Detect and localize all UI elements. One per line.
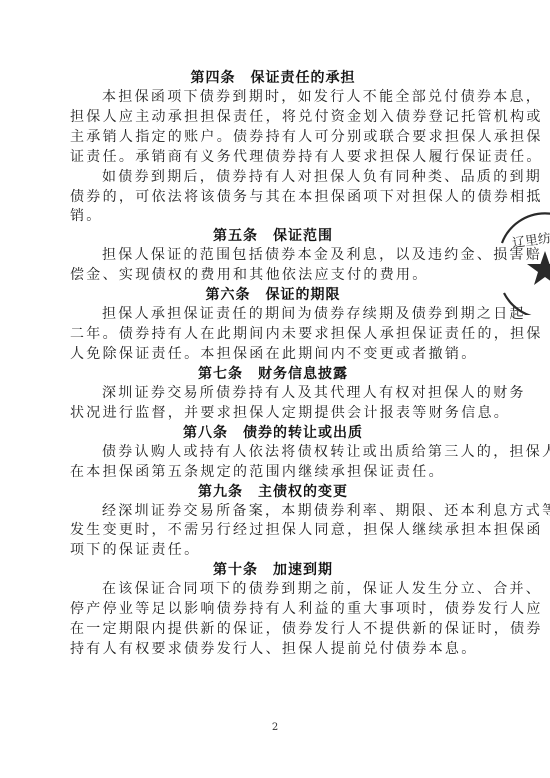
text-line: 深圳证券交易所债券持有人及其代理人有权对担保人的财务 [70, 384, 476, 404]
paragraph: 在该保证合同项下的债券到期之前，保证人发生分立、合并、停产停业等足以影响债券持有… [70, 580, 476, 660]
text-line: 状况进行监督，并要求担保人定期提供会计报表等财务信息。 [70, 404, 476, 424]
text-line: 担保人保证的范围包括债券本金及利息，以及违约金、损害赔 [70, 246, 476, 266]
text-line: 项下的保证责任。 [70, 541, 476, 561]
text-line: 发生变更时，不需另行经过担保人同意，担保人继续承担本担保函 [70, 521, 476, 541]
section-heading: 第八条 债券的转让或出质 [70, 424, 476, 443]
paragraph: 经深圳证券交易所备案，本期债券利率、期限、还本利息方式等发生变更时，不需另行经过… [70, 502, 476, 562]
text-line: 如债券到期后，债券持有人对担保人负有同种类、品质的到期 [70, 168, 476, 188]
section-heading: 第六条 保证的期限 [70, 286, 476, 305]
paragraph: 债券认购人或持有人依法将债权转让或出质给第三人的，担保人在本担保函第五条规定的范… [70, 443, 476, 483]
paragraph: 本担保函项下债券到期时，如发行人不能全部兑付债券本息，担保人应主动承担担保责任，… [70, 88, 476, 168]
text-line: 担保人承担保证责任的期间为债券存续期及债券到期之日起 [70, 305, 476, 325]
section-heading: 第十条 加速到期 [70, 561, 476, 580]
star-icon [527, 251, 550, 285]
section-heading: 第七条 财务信息披露 [70, 365, 476, 384]
section-heading: 第四条 保证责任的承担 [70, 69, 476, 88]
text-line: 债券的，可依法将该债务与其在本担保函项下对担保人的债券相抵 [70, 188, 476, 208]
text-line: 停产停业等足以影响债券持有人利益的重大事项时，债券发行人应 [70, 600, 476, 620]
section-heading: 第五条 保证范围 [70, 227, 476, 246]
section-heading: 第九条 主债权的变更 [70, 483, 476, 502]
text-line: 在该保证合同项下的债券到期之前，保证人发生分立、合并、 [70, 580, 476, 600]
paragraph: 深圳证券交易所债券持有人及其代理人有权对担保人的财务状况进行监督，并要求担保人定… [70, 384, 476, 424]
text-line: 人免除保证责任。本担保函在此期间内不变更或者撤销。 [70, 345, 476, 365]
text-line: 在一定期限内提供新的保证，债券发行人不提供新的保证时，债券 [70, 620, 476, 640]
text-line: 持有人有权要求债券发行人、担保人提前兑付债券本息。 [70, 640, 476, 660]
text-line: 在本担保函第五条规定的范围内继续承担保证责任。 [70, 463, 476, 483]
text-line: 债券认购人或持有人依法将债权转让或出质给第三人的，担保人 [70, 443, 476, 463]
paragraph: 担保人承担保证责任的期间为债券存续期及债券到期之日起二年。债券持有人在此期间内未… [70, 305, 476, 365]
page-number: 2 [0, 722, 550, 733]
text-line: 主承销人指定的账户。债券持有人可分别或联合要求担保人承担保 [70, 128, 476, 148]
text-line: 担保人应主动承担担保责任，将兑付资金划入债券登记托管机构或 [70, 108, 476, 128]
text-line: 二年。债券持有人在此期间内未要求担保人承担保证责任的，担保 [70, 325, 476, 345]
text-line: 本担保函项下债券到期时，如发行人不能全部兑付债券本息， [70, 88, 476, 108]
text-line: 偿金、实现债权的费用和其他依法应支付的费用。 [70, 266, 476, 286]
paragraph: 担保人保证的范围包括债券本金及利息，以及违约金、损害赔偿金、实现债权的费用和其他… [70, 246, 476, 286]
text-line: 销。 [70, 207, 476, 227]
text-line: 证责任。承销商有义务代理债券持有人要求担保人履行保证责任。 [70, 148, 476, 168]
paragraph: 如债券到期后，债券持有人对担保人负有同种类、品质的到期债券的，可依法将该债务与其… [70, 168, 476, 228]
company-seal-stamp: 辽里纺机有 [490, 205, 550, 315]
document-body: 第四条 保证责任的承担本担保函项下债券到期时，如发行人不能全部兑付债券本息，担保… [70, 69, 476, 660]
stamp-text: 辽里纺机有 [511, 227, 550, 252]
text-line: 经深圳证券交易所备案，本期债券利率、期限、还本利息方式等 [70, 502, 476, 522]
